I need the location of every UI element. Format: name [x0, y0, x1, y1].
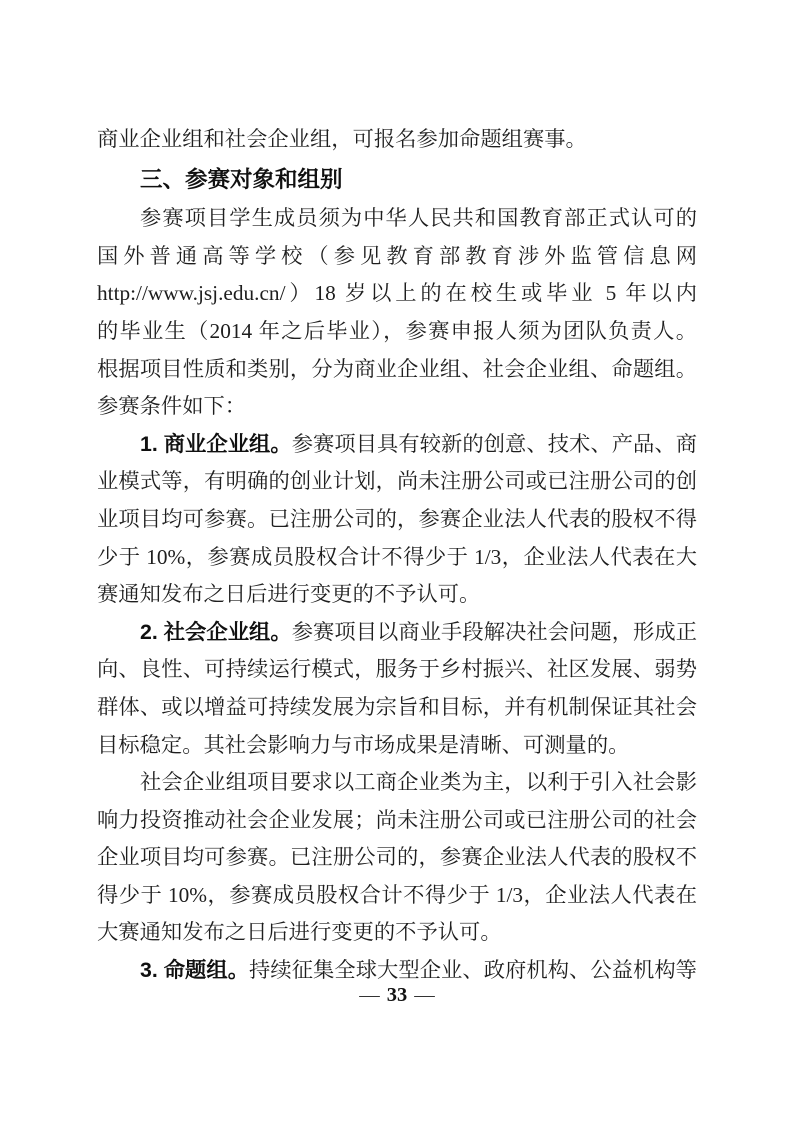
page-number: 33: [387, 984, 408, 1006]
footer-dash-right: —: [414, 984, 435, 1006]
text-line: 的毕业生（2014 年之后毕业），参赛申报人须为团队负责人。: [97, 313, 697, 351]
line-text: 参赛项目以商业手段解决社会问题，形成正: [292, 620, 697, 644]
text-line: 国外普通高等学校（参见教育部教育涉外监管信息网: [97, 238, 697, 276]
footer-dash-left: —: [359, 984, 380, 1006]
text-line: 大赛通知发布之日后进行变更的不予认可。: [97, 914, 697, 952]
text-line: 得少于 10%，参赛成员股权合计不得少于 1/3，企业法人代表在: [97, 877, 697, 915]
section-heading: 三、参赛对象和组别: [97, 161, 697, 199]
text-line: 参赛条件如下：: [97, 388, 697, 426]
text-line: 参赛项目学生成员须为中华人民共和国教育部正式认可的: [97, 200, 697, 238]
text-line: 群体、或以增益可持续发展为宗旨和目标，并有机制保证其社会: [97, 689, 697, 727]
document-page: 商业企业组和社会企业组，可报名参加命题组赛事。三、参赛对象和组别参赛项目学生成员…: [0, 0, 794, 1123]
text-line: 业模式等，有明确的创业计划，尚未注册公司或已注册公司的创: [97, 463, 697, 501]
text-line: 根据项目性质和类别，分为商业企业组、社会企业组、命题组。: [97, 351, 697, 389]
line-text: 参赛项目具有较新的创意、技术、产品、商: [292, 432, 697, 456]
text-line: 社会企业组项目要求以工商企业类为主，以利于引入社会影: [97, 764, 697, 802]
bold-run: 3. 命题组。: [140, 958, 249, 982]
text-line: 业项目均可参赛。已注册公司的，参赛企业法人代表的股权不得: [97, 501, 697, 539]
text-line: 2. 社会企业组。参赛项目以商业手段解决社会问题，形成正: [97, 614, 697, 652]
text-line: 目标稳定。其社会影响力与市场成果是清晰、可测量的。: [97, 727, 697, 765]
text-line: 商业企业组和社会企业组，可报名参加命题组赛事。: [97, 121, 697, 159]
text-line: http://www.jsj.edu.cn/）18 岁以上的在校生或毕业 5 年…: [97, 275, 697, 313]
text-line: 少于 10%，参赛成员股权合计不得少于 1/3，企业法人代表在大: [97, 539, 697, 577]
text-line: 向、良性、可持续运行模式，服务于乡村振兴、社区发展、弱势: [97, 651, 697, 689]
bold-run: 2. 社会企业组。: [140, 620, 292, 644]
text-line: 响力投资推动社会企业发展；尚未注册公司或已注册公司的社会: [97, 802, 697, 840]
document-body: 商业企业组和社会企业组，可报名参加命题组赛事。三、参赛对象和组别参赛项目学生成员…: [97, 121, 697, 990]
text-line: 企业项目均可参赛。已注册公司的，参赛企业法人代表的股权不: [97, 839, 697, 877]
text-line: 赛通知发布之日后进行变更的不予认可。: [97, 576, 697, 614]
line-text: 持续征集全球大型企业、政府机构、公益机构等: [249, 958, 697, 982]
bold-run: 1. 商业企业组。: [140, 432, 292, 456]
text-line: 1. 商业企业组。参赛项目具有较新的创意、技术、产品、商: [97, 426, 697, 464]
page-footer: —33—: [0, 984, 794, 1007]
